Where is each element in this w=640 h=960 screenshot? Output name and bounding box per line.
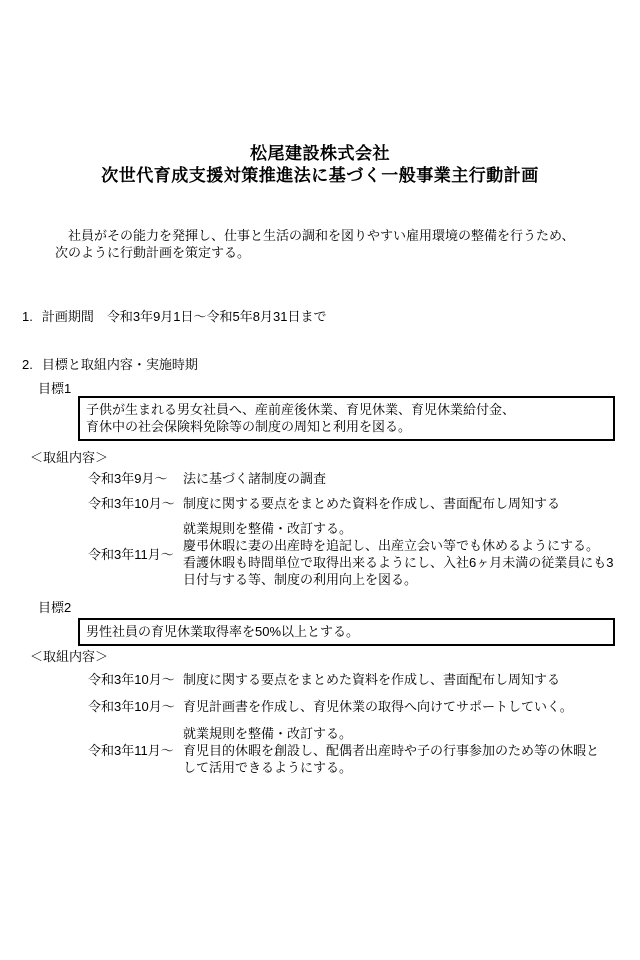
goal2-label: 目標2 [38,600,71,616]
document-subtitle: 次世代育成支援対策推進法に基づく一般事業主行動計画 [0,165,640,187]
goal2-box: 男性社員の育児休業取得率を50%以上とする。 [78,618,615,646]
company-name: 松尾建設株式会社 [0,143,640,165]
activity-row: 令和3年10月～ 制度に関する要点をまとめた資料を作成し、書面配布し周知する [88,495,615,512]
goals-section-text: 目標と取組内容・実施時期 [42,357,198,372]
goal2-activities-table: 令和3年10月～ 制度に関する要点をまとめた資料を作成し、書面配布し周知する 令… [88,671,615,786]
activity-description: 制度に関する要点をまとめた資料を作成し、書面配布し周知する [183,671,615,688]
plan-period-text: 計画期間 令和3年9月1日～令和5年8月31日まで [42,309,327,324]
plan-period-item: 1.計画期間 令和3年9月1日～令和5年8月31日まで [22,308,326,325]
activity-date: 令和3年11月～ [88,742,183,759]
goal1-activities-table: 令和3年9月～ 法に基づく諸制度の調査 令和3年10月～ 制度に関する要点をまと… [88,470,615,596]
goals-section-number: 2. [22,356,33,373]
activity-description: 制度に関する要点をまとめた資料を作成し、書面配布し周知する [183,495,615,512]
document-page: 松尾建設株式会社 次世代育成支援対策推進法に基づく一般事業主行動計画 社員がその… [0,0,640,960]
document-title: 松尾建設株式会社 次世代育成支援対策推進法に基づく一般事業主行動計画 [0,143,640,187]
activity-date: 令和3年10月～ [88,495,183,512]
activity-row: 令和3年11月～ 就業規則を整備・改訂する。 育児目的休暇を創設し、配偶者出産時… [88,725,615,776]
goal1-label: 目標1 [38,381,71,397]
activity-description: 就業規則を整備・改訂する。 育児目的休暇を創設し、配偶者出産時や子の行事参加のた… [183,725,615,776]
activity-date: 令和3年9月～ [88,470,183,487]
activity-row: 令和3年10月～ 制度に関する要点をまとめた資料を作成し、書面配布し周知する [88,671,615,688]
plan-period-number: 1. [22,308,33,325]
intro-paragraph: 社員がその能力を発揮し、仕事と生活の調和を図りやすい雇用環境の整備を行うため、 … [55,227,595,261]
activity-date: 令和3年10月～ [88,698,183,715]
activity-row: 令和3年10月～ 育児計画書を作成し、育児休業の取得へ向けてサポートしていく。 [88,698,615,715]
activity-date: 令和3年10月～ [88,671,183,688]
activity-row: 令和3年11月～ 就業規則を整備・改訂する。 慶弔休暇に妻の出産時を追記し、出産… [88,520,615,588]
activity-row: 令和3年9月～ 法に基づく諸制度の調査 [88,470,615,487]
goal1-box: 子供が生まれる男女社員へ、産前産後休業、育児休業、育児休業給付金、 育休中の社会… [78,396,615,441]
goal1-activities-heading: ＜取組内容＞ [30,450,108,466]
goals-section-item: 2.目標と取組内容・実施時期 [22,356,198,373]
activity-description: 法に基づく諸制度の調査 [183,470,615,487]
activity-description: 就業規則を整備・改訂する。 慶弔休暇に妻の出産時を追記し、出産立会い等でも休める… [183,520,615,588]
activity-date: 令和3年11月～ [88,546,183,563]
activity-description: 育児計画書を作成し、育児休業の取得へ向けてサポートしていく。 [183,698,615,715]
goal2-activities-heading: ＜取組内容＞ [30,649,108,665]
